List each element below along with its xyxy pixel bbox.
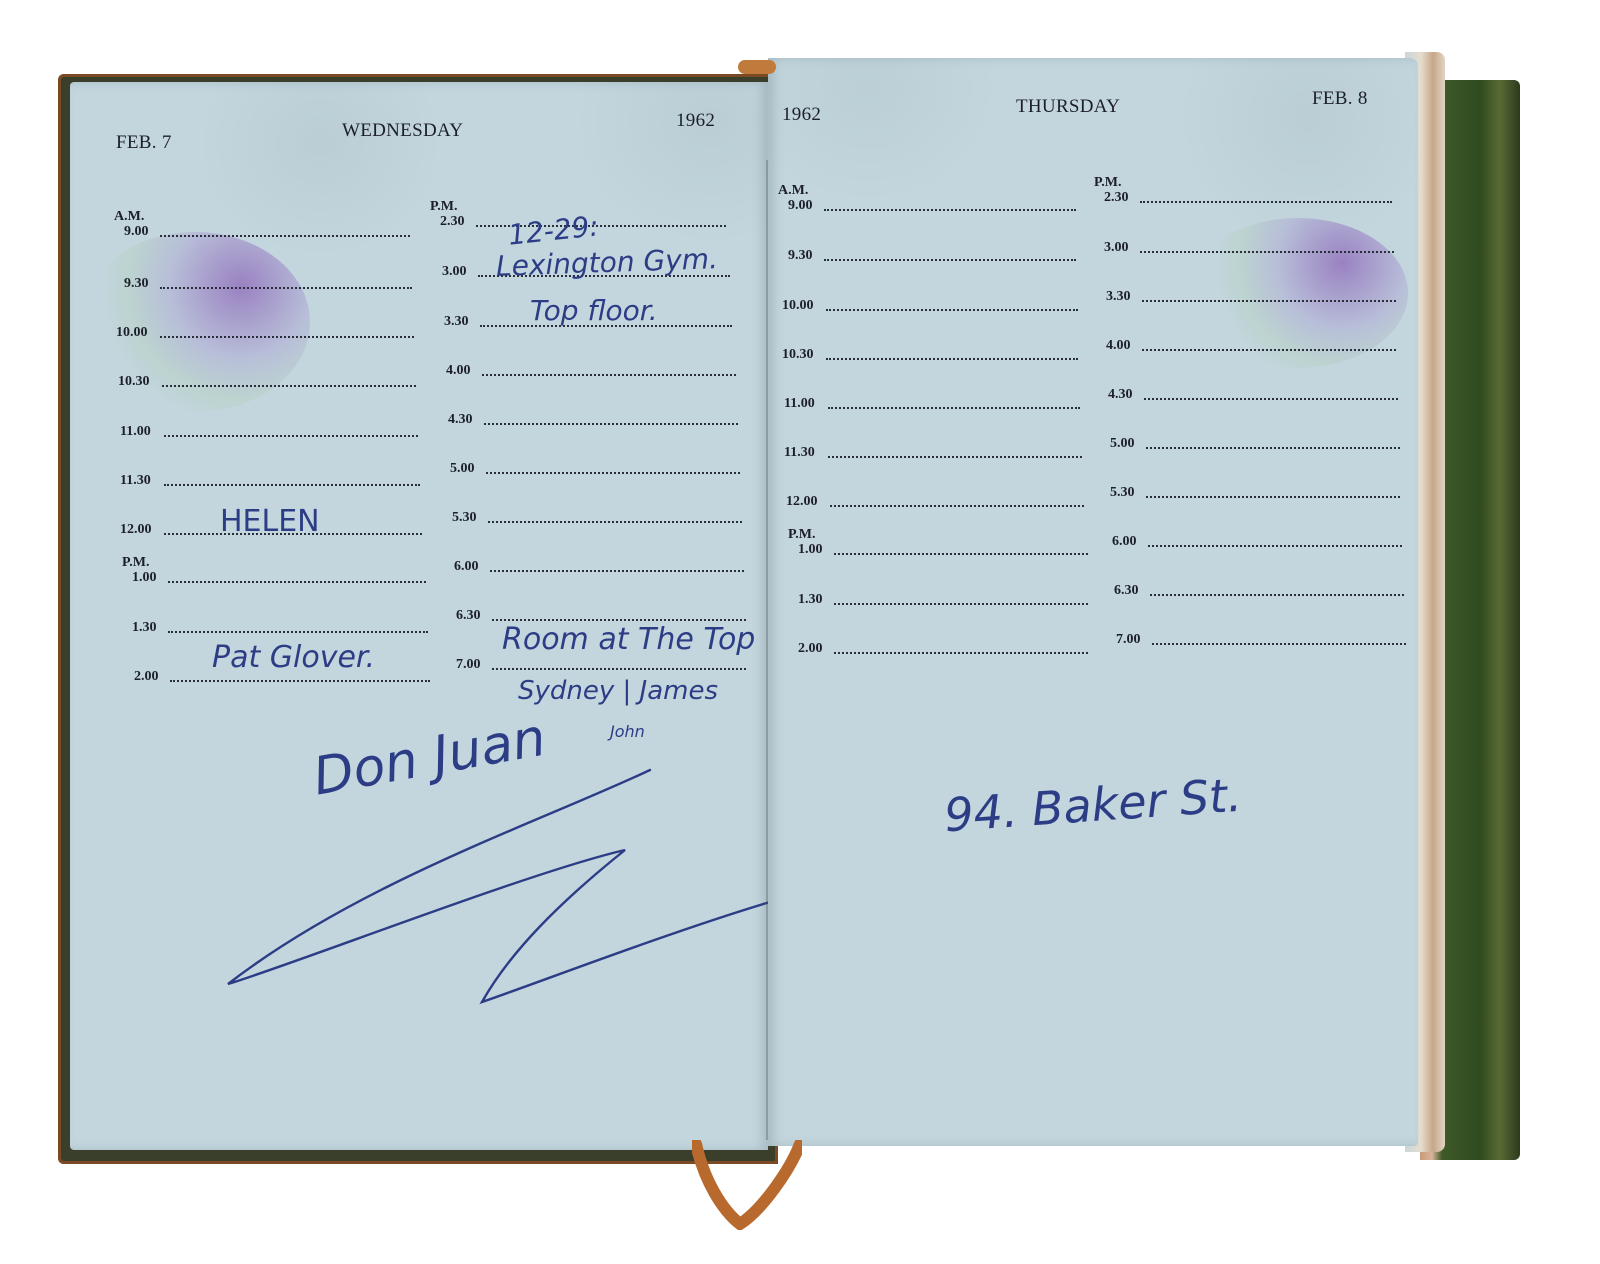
time-slot: 5.00 xyxy=(450,461,475,477)
right-page: 1962 THURSDAY FEB. 8 A.M. 9.00 9.30 10.0… xyxy=(768,58,1418,1146)
time-slot: 5.00 xyxy=(1110,436,1135,452)
entry-line[interactable] xyxy=(828,407,1080,409)
entry-line[interactable] xyxy=(484,423,738,425)
entry-line[interactable] xyxy=(830,505,1084,507)
pm-label: P.M. xyxy=(1094,176,1129,190)
right-year: 1962 xyxy=(782,104,821,126)
time-slot: 7.00 xyxy=(456,657,481,673)
entry-line[interactable] xyxy=(834,603,1088,605)
time-slot: 6.00 xyxy=(1112,534,1137,550)
time-slot: 9.30 xyxy=(788,248,813,264)
time-slot: P.M. 2.30 xyxy=(440,200,465,230)
handwritten-names: Sydney | James xyxy=(518,676,718,706)
time-slot: 10.30 xyxy=(782,347,814,363)
time-slot: 12.00 xyxy=(786,494,818,510)
left-date: FEB. 7 xyxy=(116,132,172,154)
left-page: FEB. 7 WEDNESDAY 1962 A.M. 9.00 9.30 10.… xyxy=(70,82,768,1150)
handwritten-top-floor: Top floor. xyxy=(530,294,658,327)
entry-line[interactable] xyxy=(1144,398,1398,400)
left-year: 1962 xyxy=(676,110,715,132)
time-slot: 3.30 xyxy=(1106,289,1131,305)
entry-line[interactable] xyxy=(1146,496,1400,498)
right-weekday: THURSDAY xyxy=(1016,96,1120,118)
time-slot: 5.30 xyxy=(1110,485,1135,501)
time-slot: 9.30 xyxy=(124,276,149,292)
right-date: FEB. 8 xyxy=(1312,88,1368,110)
pm-label: P.M. xyxy=(122,556,157,570)
time-slot: 6.30 xyxy=(456,608,481,624)
time-slot: 1.30 xyxy=(132,620,157,636)
entry-line[interactable] xyxy=(164,484,420,486)
handwritten-john: John xyxy=(610,722,645,741)
time-slot: 5.30 xyxy=(452,510,477,526)
entry-line[interactable] xyxy=(1142,349,1396,351)
signature-flourish-icon xyxy=(210,752,770,1012)
pm-label: P.M. xyxy=(788,528,823,542)
handwritten-address: 94. Baker St. xyxy=(942,768,1243,843)
entry-line[interactable] xyxy=(162,385,416,387)
entry-line[interactable] xyxy=(1146,447,1400,449)
entry-line[interactable] xyxy=(482,374,736,376)
entry-line[interactable] xyxy=(1152,643,1406,645)
time-slot: 3.00 xyxy=(1104,240,1129,256)
time-slot: 2.00 xyxy=(798,641,823,657)
time-slot: 4.30 xyxy=(448,412,473,428)
time-slot: 11.00 xyxy=(120,424,151,440)
entry-line[interactable] xyxy=(824,209,1076,211)
entry-line[interactable] xyxy=(1140,251,1394,253)
handwritten-pat-glover: Pat Glover. xyxy=(212,640,375,675)
time-slot: 10.00 xyxy=(782,298,814,314)
entry-line[interactable] xyxy=(488,521,742,523)
entry-line[interactable] xyxy=(160,235,410,237)
handwritten-room-at-the-top: Room at The Top xyxy=(502,622,755,657)
time-slot: 10.30 xyxy=(118,374,150,390)
handwritten-date: 12-29: xyxy=(507,209,601,251)
time-slot: P.M. 2.30 xyxy=(1104,176,1129,206)
entry-line[interactable] xyxy=(160,336,414,338)
time-slot: 11.00 xyxy=(784,396,815,412)
ribbon-top xyxy=(738,60,776,74)
entry-line[interactable] xyxy=(168,631,428,633)
left-weekday: WEDNESDAY xyxy=(342,120,463,142)
handwritten-helen: HELEN xyxy=(220,504,320,539)
time-slot: 3.00 xyxy=(442,264,467,280)
entry-line[interactable] xyxy=(834,652,1088,654)
entry-line[interactable] xyxy=(826,358,1078,360)
entry-line[interactable] xyxy=(1140,201,1392,203)
time-slot: 2.00 xyxy=(134,669,159,685)
time-slot: A.M. 9.00 xyxy=(124,210,149,240)
time-slot: 1.30 xyxy=(798,592,823,608)
entry-line[interactable] xyxy=(828,456,1082,458)
entry-line[interactable] xyxy=(160,287,412,289)
time-slot: 11.30 xyxy=(784,445,815,461)
time-slot: 4.00 xyxy=(1106,338,1131,354)
entry-line[interactable] xyxy=(1148,545,1402,547)
time-slot: 10.00 xyxy=(116,325,148,341)
time-slot: 6.30 xyxy=(1114,583,1139,599)
entry-line[interactable] xyxy=(490,570,744,572)
ink-stain xyxy=(1188,218,1408,368)
time-slot: 4.00 xyxy=(446,363,471,379)
entry-line[interactable] xyxy=(1142,300,1396,302)
entry-line[interactable] xyxy=(164,435,418,437)
time-slot: P.M. 1.00 xyxy=(798,528,823,558)
entry-line[interactable] xyxy=(1150,594,1404,596)
time-slot: 7.00 xyxy=(1116,632,1141,648)
time-slot: P.M. 1.00 xyxy=(132,556,157,586)
time-slot: 3.30 xyxy=(444,314,469,330)
time-slot: 11.30 xyxy=(120,473,151,489)
ribbon-bookmark-icon xyxy=(692,1140,802,1230)
pm-label: P.M. xyxy=(430,200,465,214)
time-slot: A.M. 9.00 xyxy=(788,184,813,214)
am-label: A.M. xyxy=(778,184,813,198)
entry-line[interactable] xyxy=(486,472,740,474)
entry-line[interactable] xyxy=(168,581,426,583)
entry-line[interactable] xyxy=(834,553,1088,555)
am-label: A.M. xyxy=(114,210,149,224)
entry-line[interactable] xyxy=(826,309,1078,311)
time-slot: 4.30 xyxy=(1108,387,1133,403)
entry-line[interactable] xyxy=(824,259,1076,261)
entry-line[interactable] xyxy=(492,668,746,670)
entry-line[interactable] xyxy=(170,680,430,682)
entry-line[interactable] xyxy=(492,619,746,621)
time-slot: 6.00 xyxy=(454,559,479,575)
time-slot: 12.00 xyxy=(120,522,152,538)
